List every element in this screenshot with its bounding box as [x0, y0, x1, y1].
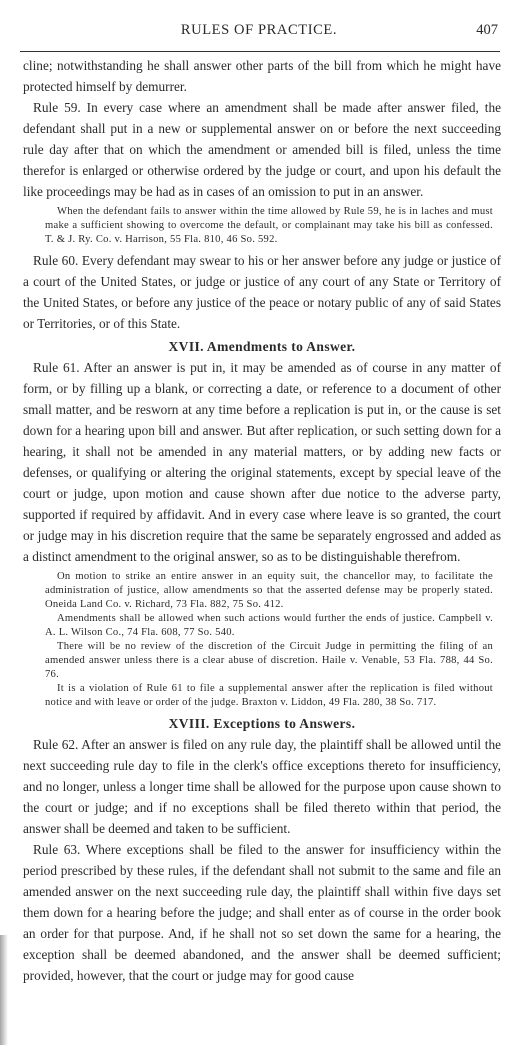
running-title: RULES OF PRACTICE.: [20, 22, 498, 39]
rule-63: Rule 63. Where exceptions shall be filed…: [23, 839, 501, 986]
scan-edge-shadow: [0, 935, 8, 1045]
rule-62: Rule 62. After an answer is filed on any…: [23, 734, 501, 839]
continuation-paragraph: cline; notwithstanding he shall answer o…: [23, 55, 501, 97]
rule-61-annotation: It is a violation of Rule 61 to file a s…: [45, 682, 493, 710]
section-heading-xvii: XVII. Amendments to Answer.: [23, 336, 501, 357]
rule-59-annotation: When the defendant fails to answer withi…: [45, 205, 493, 247]
running-header: RULES OF PRACTICE. 407: [20, 22, 498, 42]
rule-61-annotation: On motion to strike an entire answer in …: [45, 570, 493, 612]
page-number: 407: [476, 22, 498, 39]
document-page: RULES OF PRACTICE. 407 cline; notwithsta…: [0, 0, 528, 1047]
rule-61-annotation: Amendments shall be allowed when such ac…: [45, 612, 493, 640]
header-divider: [20, 51, 500, 52]
section-heading-xviii: XVIII. Exceptions to Answers.: [23, 713, 501, 734]
rule-59: Rule 59. In every case where an amendmen…: [23, 97, 501, 202]
rule-60: Rule 60. Every defendant may swear to hi…: [23, 250, 501, 334]
rule-61: Rule 61. After an answer is put in, it m…: [23, 357, 501, 567]
page-body: cline; notwithstanding he shall answer o…: [23, 55, 501, 986]
rule-61-annotation: There will be no review of the discretio…: [45, 640, 493, 682]
